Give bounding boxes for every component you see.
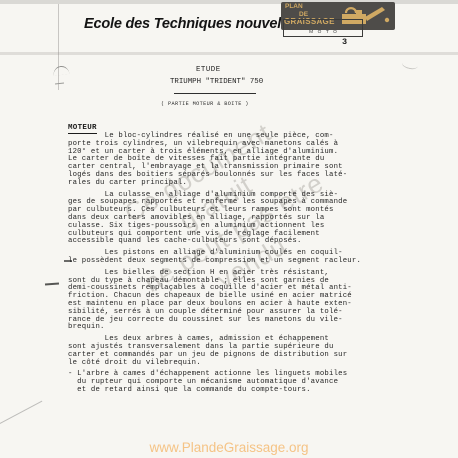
title-etude: ETUDE xyxy=(196,66,221,74)
title-underline xyxy=(174,93,256,94)
document-body: Le bloc-cylindres réalisé en une seule p… xyxy=(68,133,368,399)
footer-url: www.PlandeGraissage.org xyxy=(0,440,458,455)
pencil-mark-top-right xyxy=(401,58,419,70)
paragraph-bielles: Les bielles de section H en acier très r… xyxy=(68,270,368,332)
title-subtitle: ( PARTIE MOTEUR & BOITE ) xyxy=(161,101,249,107)
page-number: 3 xyxy=(342,37,347,47)
margin-dash-2 xyxy=(45,283,59,286)
moto-label: MOTO xyxy=(284,30,362,35)
scan-crease-left xyxy=(58,4,59,90)
paragraph-rupteur: - L'arbre à cames d'échappement actionne… xyxy=(68,371,368,394)
badge-word-plan: PLAN xyxy=(285,3,303,10)
school-name: Ecole des Techniques nouvelles xyxy=(84,16,301,32)
paragraph-pistons: Les pistons en alliage d'aluminium coulé… xyxy=(68,250,368,266)
pencil-mark-arc xyxy=(52,65,69,76)
title-model: TRIUMPH "TRIDENT" 750 xyxy=(170,78,263,86)
scanned-document-page: Ce document gratuit ne peut pas être ven… xyxy=(0,0,458,458)
scan-band-under-header xyxy=(0,52,458,55)
pencil-mark-bottom-left xyxy=(0,401,42,426)
paragraph-arbres-a-cames: Les deux arbres à cames, admission et éc… xyxy=(68,336,368,367)
paragraph-culasse: La culasse en alliage d'aluminium compor… xyxy=(68,192,368,247)
paragraph-bloc-cylindres: Le bloc-cylindres réalisé en une seule p… xyxy=(68,133,368,188)
moto-label-box: MOTO xyxy=(283,19,363,37)
pencil-mark-hook xyxy=(55,83,64,85)
